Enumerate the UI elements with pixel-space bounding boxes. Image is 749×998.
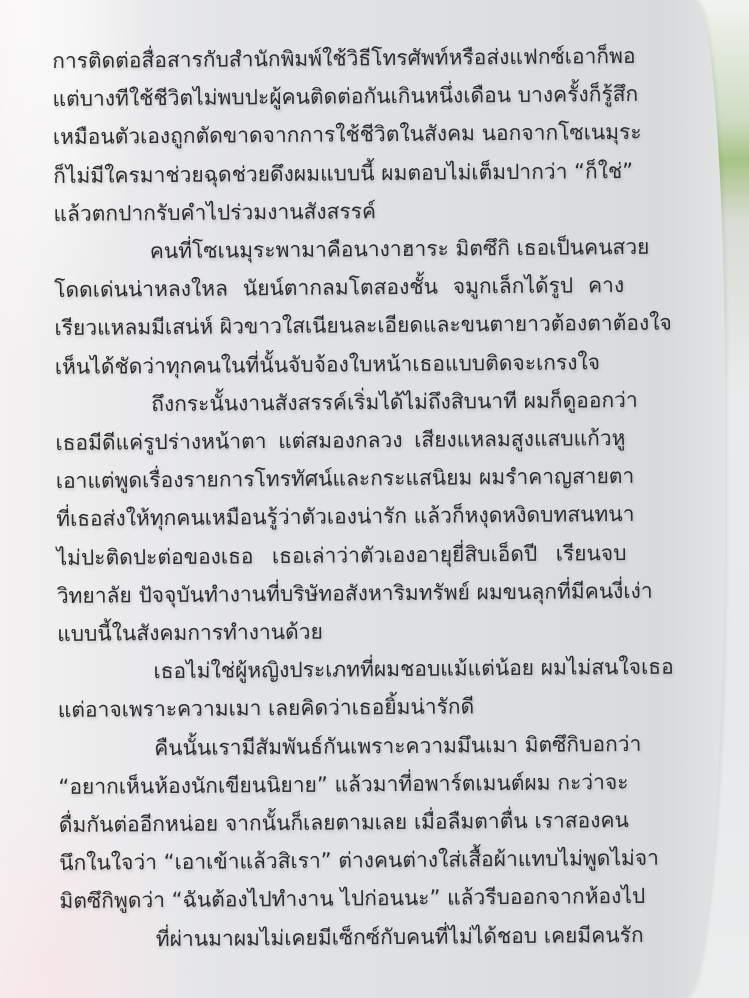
text-line: โดดเด่นน่าหลงใหล นัยน์ตากลมโตสองชั้น จมู… [54, 266, 624, 309]
text-line: แล้วตกปากรับคำไปร่วมงานสังสรรค์ [53, 190, 623, 233]
text-line: แต่บางทีใช้ชีวิตไม่พบปะผู้คนติดต่อกันเกิ… [52, 75, 622, 118]
text-line: “อยากเห็นห้องนักเขียนนิยาย” แล้วมาที่อพา… [58, 763, 628, 806]
paragraph-start-line: คนที่โซเนมุระพามาคือนางาฮาระ มิตซึกิ เธอ… [54, 228, 624, 271]
lens-blur-overlay [0, 0, 60, 998]
text-line: เหมือนตัวเองถูกตัดขาดจากการใช้ชีวิตในสัง… [53, 113, 623, 156]
paragraph-start-line: เธอไม่ใช่ผู้หญิงประเภทที่ผมชอบแม้แต่น้อย… [57, 648, 627, 691]
text-line: ที่เธอส่งให้ทุกคนเหมือนรู้ว่าตัวเองน่ารั… [56, 495, 626, 538]
text-line: แบบนี้ในสังคมการทำงานด้วย [57, 610, 627, 653]
text-line: ก็ไม่มีใครมาช่วยฉุดช่วยดึงผมแบบนี้ ผมตอบ… [53, 152, 623, 195]
book-page: การติดต่อสื่อสารกับสำนักพิมพ์ใช้วิธีโทรศ… [0, 0, 725, 998]
text-line: เห็นได้ชัดว่าทุกคนในที่นั้นจับจ้องใบหน้า… [55, 343, 625, 386]
text-line: นึกในใจว่า “เอาเข้าแล้วสิเรา” ต่างคนต่าง… [59, 839, 629, 882]
text-line: เรียวแหลมมีเสน่ห์ ผิวขาวใสเนียนละเอียดแล… [54, 304, 624, 347]
text-line: ไม่ปะติดปะต่อของเธอ เธอเล่าว่าตัวเองอายุ… [56, 534, 626, 577]
text-line: ดื่มกันต่ออีกหน่อย จากนั้นก็เลยตามเลย เม… [59, 801, 629, 844]
text-line: การติดต่อสื่อสารกับสำนักพิมพ์ใช้วิธีโทรศ… [52, 37, 622, 80]
paragraph-start-line: ที่ผ่านมาผมไม่เคยมีเซ็กซ์กับคนที่ไม่ได้ช… [60, 916, 630, 959]
text-line: แต่อาจเพราะความเมา เลยคิดว่าเธอยิ้มน่ารั… [58, 686, 628, 729]
text-line: เอาแต่พูดเรื่องรายการโทรทัศน์และกระแสนิย… [56, 457, 626, 500]
text-line: วิทยาลัย ปัจจุบันทำงานที่บริษัทอสังหาริม… [57, 572, 627, 615]
text-line: มิตซึกิพูดว่า “ฉันต้องไปทำงาน ไปก่อนนะ” … [59, 877, 629, 920]
paragraph-start-line: ถึงกระนั้นงานสังสรรค์เริ่มได้ไม่ถึงสิบนา… [55, 381, 625, 424]
paragraph-start-line: คืนนั้นเรามีสัมพันธ์กันเพราะความมึนเมา ม… [58, 725, 628, 768]
page-text: การติดต่อสื่อสารกับสำนักพิมพ์ใช้วิธีโทรศ… [52, 37, 630, 959]
text-line: เธอมีดีแค่รูปร่างหน้าตา แต่สมองกลวง เสีย… [55, 419, 625, 462]
